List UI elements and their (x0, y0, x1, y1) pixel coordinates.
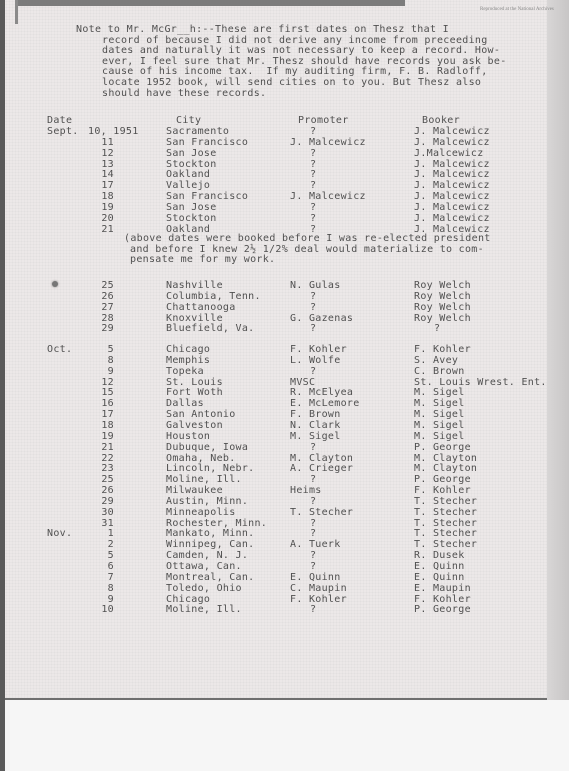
promoter-cell: ? (310, 148, 316, 159)
note-paragraph: Note to Mr. McGr__h:--These are first da… (76, 25, 507, 99)
date-day: 5 (88, 550, 114, 561)
promoter-cell: E. Quinn (290, 572, 341, 583)
table-row: 12St. LouisMVSCSt. Louis Wrest. Ent. (0, 377, 569, 388)
booker-cell: E. Quinn (414, 572, 465, 583)
booker-cell: T. Stecher (414, 518, 477, 529)
promoter-cell: ? (310, 550, 316, 561)
booker-cell: T. Stecher (414, 507, 477, 518)
city-cell: Omaha, Neb. (166, 453, 236, 464)
promoter-cell: E. McLemore (290, 398, 360, 409)
table-row: 31Rochester, Minn.?T. Stecher (0, 518, 569, 529)
aside-note: (above dates were booked before I was re… (124, 234, 491, 266)
date-day: 25 (88, 474, 114, 485)
booker-cell: J. Malcewicz (414, 137, 490, 148)
promoter-cell: F. Kohler (290, 344, 347, 355)
booker-cell: M. Sigel (414, 409, 465, 420)
promoter-cell: ? (310, 442, 316, 453)
date-day: 15 (88, 387, 114, 398)
city-cell: Dallas (166, 398, 204, 409)
city-cell: Nashville (166, 280, 223, 291)
note-line: locate 1952 book, will send cities on to… (76, 78, 507, 89)
booker-cell: P. George (414, 442, 471, 453)
booker-cell: M. Sigel (414, 387, 465, 398)
date-day: 21 (88, 442, 114, 453)
booker-cell: Roy Welch (414, 313, 471, 324)
booker-cell: Roy Welch (414, 280, 471, 291)
table-row: 8Toledo, OhioC. MaupinE. Maupin (0, 583, 569, 594)
booker-cell: E. Quinn (414, 561, 465, 572)
table-row: 30MinneapolisT. StecherT. Stecher (0, 507, 569, 518)
table-row: 5Camden, N. J.?R. Dusek (0, 550, 569, 561)
date-day: 16 (88, 398, 114, 409)
city-cell: Chattanooga (166, 302, 236, 313)
promoter-cell: ? (310, 302, 316, 313)
booker-cell: M. Clayton (414, 453, 477, 464)
date-day: 2 (88, 539, 114, 550)
city-cell: Topeka (166, 366, 204, 377)
date-day: 19 (88, 202, 114, 213)
promoter-cell: MVSC (290, 377, 315, 388)
promoter-cell: ? (310, 496, 316, 507)
table-row: 26Columbia, Tenn.?Roy Welch (0, 291, 569, 302)
date-day: 27 (88, 302, 114, 313)
date-day: 12 (88, 148, 114, 159)
date-day: 13 (88, 159, 114, 170)
table-row: 16DallasE. McLemoreM. Sigel (0, 398, 569, 409)
promoter-cell: A. Tuerk (290, 539, 341, 550)
city-cell: Montreal, Can. (166, 572, 255, 583)
promoter-cell: A. Crieger (290, 463, 353, 474)
booker-cell: T. Stecher (414, 496, 477, 507)
table-row: 18San FranciscoJ. MalcewiczJ. Malcewicz (0, 191, 569, 202)
table-row: Sept.10, 1951Sacramento?J. Malcewicz (0, 126, 569, 137)
table-row: 11San FranciscoJ. MalcewiczJ. Malcewicz (0, 137, 569, 148)
city-cell: Winnipeg, Can. (166, 539, 255, 550)
scan-bottom-margin (5, 700, 569, 771)
promoter-cell: ? (310, 366, 316, 377)
booker-cell: F. Kohler (414, 594, 471, 605)
table-row: 9ChicagoF. KohlerF. Kohler (0, 594, 569, 605)
table-header: Date City Promoter Booker (0, 115, 569, 126)
table-row: 28KnoxvilleG. GazenasRoy Welch (0, 313, 569, 324)
booker-cell: F. Kohler (414, 485, 471, 496)
table-row: 20Stockton?J. Malcewicz (0, 213, 569, 224)
date-day: 5 (88, 344, 114, 355)
booker-cell: Roy Welch (414, 291, 471, 302)
header-promoter: Promoter (298, 115, 349, 126)
promoter-cell: ? (310, 528, 316, 539)
promoter-cell: ? (310, 180, 316, 191)
date-day: 17 (88, 180, 114, 191)
city-cell: Galveston (166, 420, 223, 431)
date-day: 22 (88, 453, 114, 464)
table-row: 23Lincoln, Nebr.A. CriegerM. Clayton (0, 463, 569, 474)
city-cell: Moline, Ill. (166, 604, 242, 615)
table-row: 29Bluefield, Va.?? (0, 323, 569, 334)
table-row: 25NashvilleN. GulasRoy Welch (0, 280, 569, 291)
booker-cell: Roy Welch (414, 302, 471, 313)
promoter-cell: N. Gulas (290, 280, 341, 291)
booker-cell: J. Malcewicz (414, 169, 490, 180)
city-cell: St. Louis (166, 377, 223, 388)
promoter-cell: ? (310, 474, 316, 485)
city-cell: San Francisco (166, 191, 248, 202)
date-day: 30 (88, 507, 114, 518)
date-day: 18 (88, 191, 114, 202)
date-day: 9 (88, 366, 114, 377)
promoter-cell: L. Wolfe (290, 355, 341, 366)
booker-cell: J. Malcewicz (414, 213, 490, 224)
city-cell: Austin, Minn. (166, 496, 248, 507)
booker-cell: C. Brown (414, 366, 465, 377)
date-day: 21 (88, 224, 114, 235)
header-booker: Booker (422, 115, 460, 126)
promoter-cell: ? (310, 604, 316, 615)
scan-top-bar (15, 0, 405, 6)
promoter-cell: J. Malcewicz (290, 191, 366, 202)
city-cell: Sacramento (166, 126, 229, 137)
booker-cell: ? (434, 323, 440, 334)
table-row: 21Dubuque, Iowa?P. George (0, 442, 569, 453)
booker-cell: F. Kohler (414, 344, 471, 355)
city-cell: Stockton (166, 213, 217, 224)
booker-cell: J. Malcewicz (414, 126, 490, 137)
promoter-cell: M. Sigel (290, 431, 341, 442)
date-day: 28 (88, 313, 114, 324)
promoter-cell: J. Malcewicz (290, 137, 366, 148)
table-row: 7Montreal, Can.E. QuinnE. Quinn (0, 572, 569, 583)
aside-line: pensate me for my work. (124, 255, 491, 266)
promoter-cell: M. Clayton (290, 453, 353, 464)
table-row: 19San Jose?J. Malcewicz (0, 202, 569, 213)
booker-cell: J. Malcewicz (414, 159, 490, 170)
table-row: 6Ottawa, Can.?E. Quinn (0, 561, 569, 572)
booker-cell: S. Avey (414, 355, 458, 366)
booker-cell: E. Maupin (414, 583, 471, 594)
city-cell: Milwaukee (166, 485, 223, 496)
date-day: 26 (88, 291, 114, 302)
table-row: 26MilwaukeeHeimsF. Kohler (0, 485, 569, 496)
date-day: 8 (88, 583, 114, 594)
date-day: 31 (88, 518, 114, 529)
city-cell: Ottawa, Can. (166, 561, 242, 572)
city-cell: Lincoln, Nebr. (166, 463, 255, 474)
booker-cell: T. Stecher (414, 528, 477, 539)
date-day: 29 (88, 496, 114, 507)
promoter-cell: ? (310, 126, 316, 137)
table-row: 9Topeka?C. Brown (0, 366, 569, 377)
promoter-cell: ? (310, 213, 316, 224)
table-row: Oct.5ChicagoF. KohlerF. Kohler (0, 344, 569, 355)
note-line: should have these records. (76, 89, 507, 100)
table-row: 29Austin, Minn.?T. Stecher (0, 496, 569, 507)
date-day: 26 (88, 485, 114, 496)
date-day: 25 (88, 280, 114, 291)
booker-cell: P. George (414, 474, 471, 485)
date-day: 6 (88, 561, 114, 572)
city-cell: Stockton (166, 159, 217, 170)
city-cell: Bluefield, Va. (166, 323, 255, 334)
date-day: 9 (88, 594, 114, 605)
city-cell: San Jose (166, 202, 217, 213)
archive-watermark: Reproduced at the National Archives (480, 7, 554, 12)
table-row: 25Moline, Ill.?P. George (0, 474, 569, 485)
promoter-cell: Heims (290, 485, 322, 496)
promoter-cell: ? (310, 561, 316, 572)
table-row: 22Omaha, Neb.M. ClaytonM. Clayton (0, 453, 569, 464)
booker-cell: P. George (414, 604, 471, 615)
city-cell: Chicago (166, 594, 210, 605)
city-cell: Knoxville (166, 313, 223, 324)
city-cell: San Francisco (166, 137, 248, 148)
date-day: 17 (88, 409, 114, 420)
date-day: 10, 1951 (88, 126, 139, 137)
city-cell: Oakland (166, 169, 210, 180)
city-cell: San Jose (166, 148, 217, 159)
date-month: Oct. (47, 344, 72, 355)
scan-top-bar-corner (15, 0, 18, 24)
booker-cell: J. Malcewicz (414, 191, 490, 202)
city-cell: Minneapolis (166, 507, 236, 518)
header-date: Date (47, 115, 72, 126)
promoter-cell: R. McElyea (290, 387, 353, 398)
promoter-cell: N. Clark (290, 420, 341, 431)
promoter-cell: C. Maupin (290, 583, 347, 594)
booker-cell: J. Malcewicz (414, 180, 490, 191)
promoter-cell: ? (310, 159, 316, 170)
table-row: 8MemphisL. WolfeS. Avey (0, 355, 569, 366)
date-day: 18 (88, 420, 114, 431)
table-row: 27Chattanooga?Roy Welch (0, 302, 569, 313)
ink-mark (52, 281, 58, 287)
date-day: 8 (88, 355, 114, 366)
date-day: 12 (88, 377, 114, 388)
table-row: 17Vallejo?J. Malcewicz (0, 180, 569, 191)
date-day: 20 (88, 213, 114, 224)
city-cell: Moline, Ill. (166, 474, 242, 485)
promoter-cell: ? (310, 291, 316, 302)
header-city: City (176, 115, 201, 126)
table-row: 14Oakland?J. Malcewicz (0, 169, 569, 180)
date-day: 19 (88, 431, 114, 442)
table-row: 17San AntonioF. BrownM. Sigel (0, 409, 569, 420)
city-cell: Vallejo (166, 180, 210, 191)
city-cell: San Antonio (166, 409, 236, 420)
booker-cell: M. Sigel (414, 420, 465, 431)
aside-line: (above dates were booked before I was re… (124, 234, 491, 245)
promoter-cell: G. Gazenas (290, 313, 353, 324)
date-day: 23 (88, 463, 114, 474)
booker-cell: R. Dusek (414, 550, 465, 561)
promoter-cell: F. Kohler (290, 594, 347, 605)
promoter-cell: ? (310, 169, 316, 180)
city-cell: Memphis (166, 355, 210, 366)
date-day: 11 (88, 137, 114, 148)
booker-cell: M. Sigel (414, 398, 465, 409)
booker-cell: M. Clayton (414, 463, 477, 474)
date-day: 29 (88, 323, 114, 334)
booker-cell: T. Stecher (414, 539, 477, 550)
city-cell: Camden, N. J. (166, 550, 248, 561)
city-cell: Houston (166, 431, 210, 442)
booker-cell: M. Sigel (414, 431, 465, 442)
booker-cell: J.Malcewicz (414, 148, 484, 159)
booker-cell: J. Malcewicz (414, 202, 490, 213)
promoter-cell: ? (310, 202, 316, 213)
table-row: 12San Jose?J.Malcewicz (0, 148, 569, 159)
note-line: Note to Mr. McGr__h:--These are first da… (76, 25, 507, 36)
table-row: 15Fort WothR. McElyeaM. Sigel (0, 387, 569, 398)
city-cell: Fort Woth (166, 387, 223, 398)
city-cell: Toledo, Ohio (166, 583, 242, 594)
table-row: 19HoustonM. SigelM. Sigel (0, 431, 569, 442)
promoter-cell: ? (310, 323, 316, 334)
table-row: Nov.1Mankato, Minn.?T. Stecher (0, 528, 569, 539)
date-month: Nov. (47, 528, 72, 539)
date-day: 1 (88, 528, 114, 539)
city-cell: Chicago (166, 344, 210, 355)
table-row: 13Stockton?J. Malcewicz (0, 159, 569, 170)
promoter-cell: ? (310, 518, 316, 529)
date-day: 14 (88, 169, 114, 180)
date-month: Sept. (47, 126, 79, 137)
table-row: 18GalvestonN. ClarkM. Sigel (0, 420, 569, 431)
booker-cell: St. Louis Wrest. Ent. (414, 377, 547, 388)
city-cell: Mankato, Minn. (166, 528, 255, 539)
date-day: 7 (88, 572, 114, 583)
promoter-cell: F. Brown (290, 409, 341, 420)
promoter-cell: T. Stecher (290, 507, 353, 518)
date-day: 10 (88, 604, 114, 615)
city-cell: Rochester, Minn. (166, 518, 267, 529)
city-cell: Columbia, Tenn. (166, 291, 261, 302)
city-cell: Dubuque, Iowa (166, 442, 248, 453)
table-row: 2Winnipeg, Can.A. TuerkT. Stecher (0, 539, 569, 550)
table-row: 10Moline, Ill.?P. George (0, 604, 569, 615)
